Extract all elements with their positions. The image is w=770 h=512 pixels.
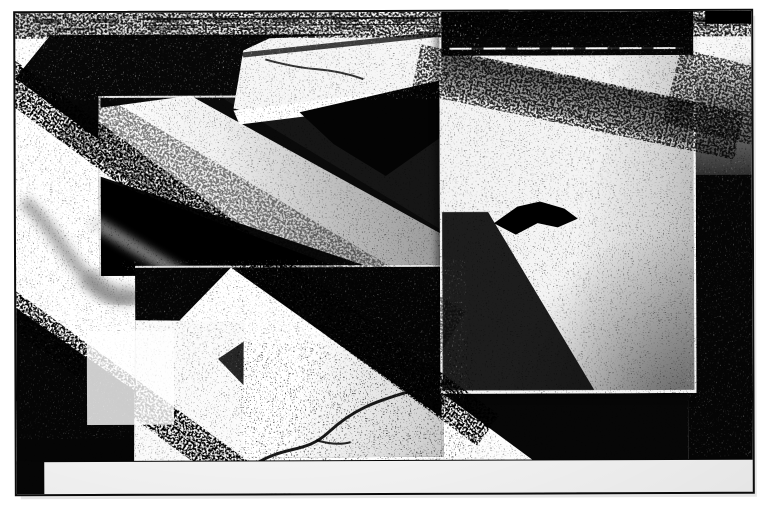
artwork-frame bbox=[13, 9, 755, 497]
photo-tone-vignette bbox=[15, 11, 753, 495]
page-background bbox=[0, 0, 770, 512]
